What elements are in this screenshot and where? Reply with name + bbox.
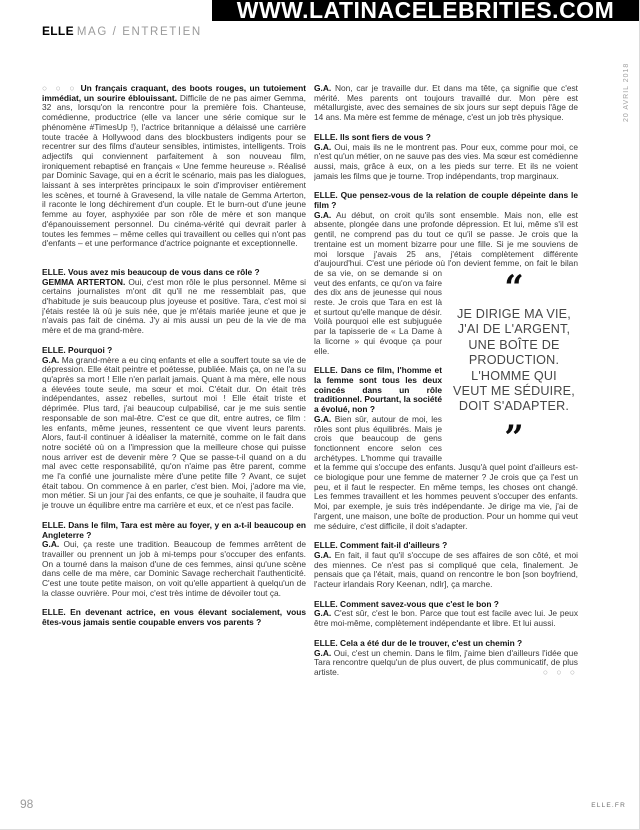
speaker-tag: GEMMA ARTERTON. — [42, 277, 125, 287]
answer-text: Oui, ça reste une tradition. Beaucoup de… — [42, 539, 306, 598]
section-label: MAG / ENTRETIEN — [77, 26, 202, 38]
section-start-marker: ○ ○ ○ — [42, 84, 78, 93]
interview-answer: G.A. En fait, il faut qu'il s'occupe de … — [314, 551, 578, 590]
answer-text-continued: sa vie, on se demande si on veut des enf… — [314, 268, 442, 356]
speaker-tag: G.A. — [314, 414, 331, 424]
issue-date-vertical: 20 AVRIL 2018 — [623, 42, 630, 122]
speaker-tag: G.A. — [314, 142, 331, 152]
answer-text: C'est sûr, c'est le bon. Parce que tout … — [314, 608, 578, 628]
watermark-text: WWW.LATINACELEBRITIES.COM — [237, 0, 614, 21]
pull-quote-line: J'AI DE L'ARGENT, — [450, 322, 578, 337]
speaker-tag: G.A. — [314, 648, 331, 658]
speaker-tag: G.A. — [42, 539, 59, 549]
brand-logo: ELLE — [42, 24, 74, 38]
pull-quote-line: VEUT ME SÉDUIRE, — [450, 384, 578, 399]
pull-quote-line: PRODUCTION. — [450, 353, 578, 368]
intro-text: Difficile de ne pas aimer Gemma, 32 ans,… — [42, 93, 306, 249]
speaker-tag: G.A. — [42, 355, 59, 365]
quote-close-mark: ” — [450, 417, 578, 455]
page-number: 98 — [20, 797, 33, 811]
column-right: G.A. Non, car je travaille dur. Et dans … — [314, 84, 578, 790]
interview-answer: G.A. Ma grand-mère a eu cinq enfants et … — [42, 356, 306, 511]
answer-text: Ma grand-mère a eu cinq enfants et elle … — [42, 355, 306, 511]
answer-text: Oui, mais ils ne le montrent pas. Pour e… — [314, 142, 578, 181]
magazine-page: WWW.LATINACELEBRITIES.COM ELLEMAG / ENTR… — [0, 0, 640, 830]
quote-open-mark: “ — [450, 271, 578, 303]
pull-quote-line: JE DIRIGE MA VIE, — [450, 307, 578, 322]
intro-paragraph: ○ ○ ○Un français craquant, des boots rou… — [42, 84, 306, 249]
section-end-marker: ○ ○ ○ — [539, 668, 578, 678]
speaker-tag: G.A. — [314, 550, 331, 560]
answer-text: Non, car je travaille dur. Et dans ma tê… — [314, 84, 578, 122]
interview-answer: G.A. Oui, mais ils ne le montrent pas. P… — [314, 143, 578, 182]
interview-answer: G.A. C'est sûr, c'est le bon. Parce que … — [314, 609, 578, 628]
speaker-tag: G.A. — [314, 210, 331, 220]
interview-answer: G.A. Oui, c'est un chemin. Dans le film,… — [314, 649, 578, 678]
page-header: ELLEMAG / ENTRETIEN — [42, 25, 202, 38]
pull-quote-text: JE DIRIGE MA VIE,J'AI DE L'ARGENT,UNE BO… — [450, 307, 578, 415]
qa-list-right: G.A. Non, car je travaille dur. Et dans … — [314, 84, 578, 678]
interview-answer: G.A. Non, car je travaille dur. Et dans … — [314, 84, 578, 123]
interview-answer: G.A. Oui, ça reste une tradition. Beauco… — [42, 540, 306, 598]
pull-quote-line: L'HOMME QUI — [450, 369, 578, 384]
watermark-banner: WWW.LATINACELEBRITIES.COM — [212, 0, 639, 21]
column-left: ○ ○ ○Un français craquant, des boots rou… — [42, 84, 306, 790]
pull-quote-line: DOIT S'ADAPTER. — [450, 399, 578, 414]
interview-answer: GEMMA ARTERTON. Oui, c'est mon rôle le p… — [42, 278, 306, 336]
answer-text: En fait, il faut qu'il s'occupe de ses a… — [314, 550, 578, 589]
interview-question: ELLE. Dans le film, Tara est mère au foy… — [42, 521, 306, 540]
speaker-tag: G.A. — [314, 608, 331, 618]
qa-list-left: ELLE. Vous avez mis beaucoup de vous dan… — [42, 268, 306, 628]
pull-quote-line: UNE BOÎTE DE — [450, 338, 578, 353]
interview-question: ELLE. En devenant actrice, en vous éleva… — [42, 608, 306, 627]
interview-answer: G.A. Au début, on croit qu'ils sont ense… — [314, 211, 578, 357]
pull-quote: “JE DIRIGE MA VIE,J'AI DE L'ARGENT,UNE B… — [450, 271, 578, 455]
interview-question: ELLE. Que pensez-vous de la relation de … — [314, 191, 578, 210]
site-label: ELLE.FR — [591, 802, 626, 809]
answer-text: Oui, c'est mon rôle le plus personnel. M… — [42, 277, 306, 336]
speaker-tag: G.A. — [314, 84, 331, 93]
